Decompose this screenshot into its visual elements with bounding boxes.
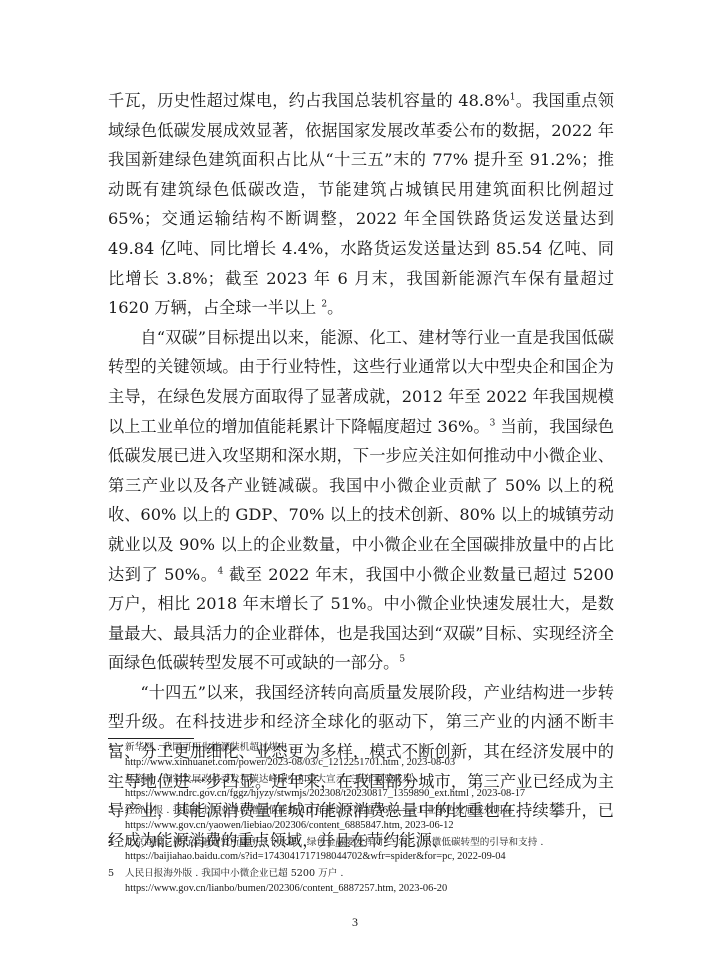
paragraph-text: 。我国重点领域绿色低碳发展成效显著，依据国家发展改革委公布的数据，2022 年我… [108,91,614,317]
footnote-number: 4 [108,836,125,865]
footnote-url[interactable]: http://www.xinhuanet.com/power/2023-08/0… [125,756,618,771]
page-number: 3 [0,915,710,930]
footnote-body: 经济日报 . 我国规上工业单位增加值能耗 10 年累计下降超 36%——工业绿色… [125,804,618,833]
footnote-body: 人民日报海外版 . 我国中小微企业已超 5200 万户 .https://www… [125,867,618,896]
footnote-body: 新华网 . 我国可再生能源装机超过煤电 .http://www.xinhuane… [125,741,618,770]
footnote-body: 北京商报 . 央行金融研究所副所长卜永祥：绿色金融要发挥对“三农”、小微低碳转型… [125,836,618,865]
paragraph: 自“双碳”目标提出以来，能源、化工、建材等行业一直是我国低碳转型的关键领域。由于… [108,323,614,678]
footnote-item: 4北京商报 . 央行金融研究所副所长卜永祥：绿色金融要发挥对“三农”、小微低碳转… [108,836,618,865]
document-page: 千瓦，历史性超过煤电，约占我国总装机容量的 48.8%1。我国重点领域绿色低碳发… [0,0,710,963]
footnote-item: 1新华网 . 我国可再生能源装机超过煤电 .http://www.xinhuan… [108,741,618,770]
footnote-url[interactable]: https://www.ndrc.gov.cn/fggz/hjyzy/stwmj… [125,787,618,802]
footnote-url[interactable]: https://www.gov.cn/yaowen/liebiao/202306… [125,819,618,834]
footnote-title: 人民日报海外版 . 我国中小微企业已超 5200 万户 . [125,867,618,882]
footnotes: 1新华网 . 我国可再生能源装机超过煤电 .http://www.xinhuan… [108,741,618,899]
footnote-number: 2 [108,773,125,802]
footnote-number: 1 [108,741,125,770]
paragraph-text: 当前，我国绿色低碳发展已进入攻坚期和深水期，下一步应关注如何推动中小微企业、第三… [108,417,614,584]
footnote-number: 5 [108,867,125,896]
footnote-title: 新华网 . 我国可再生能源装机超过煤电 . [125,741,618,756]
footnote-title: 环资司 . 国家发展改革委发布碳达峰碳中和重大宣示三周年重要成果 . [125,773,618,788]
footnote-url[interactable]: https://www.gov.cn/lianbo/bumen/202306/c… [125,882,618,897]
footnote-title: 经济日报 . 我国规上工业单位增加值能耗 10 年累计下降超 36%——工业绿色… [125,804,618,819]
footnote-separator [108,738,194,739]
footnote-body: 环资司 . 国家发展改革委发布碳达峰碳中和重大宣示三周年重要成果 .https:… [125,773,618,802]
paragraph-text: 。 [327,298,343,317]
footnote-item: 3经济日报 . 我国规上工业单位增加值能耗 10 年累计下降超 36%——工业绿… [108,804,618,833]
footnote-number: 3 [108,804,125,833]
paragraph-text: 千瓦，历史性超过煤电，约占我国总装机容量的 48.8% [108,91,510,110]
footnote-item: 2环资司 . 国家发展改革委发布碳达峰碳中和重大宣示三周年重要成果 .https… [108,773,618,802]
paragraph: 千瓦，历史性超过煤电，约占我国总装机容量的 48.8%1。我国重点领域绿色低碳发… [108,86,614,323]
footnote-item: 5人民日报海外版 . 我国中小微企业已超 5200 万户 .https://ww… [108,867,618,896]
footnote-title: 北京商报 . 央行金融研究所副所长卜永祥：绿色金融要发挥对“三农”、小微低碳转型… [125,836,618,851]
footnote-reference[interactable]: 5 [399,655,405,665]
footnote-url[interactable]: https://baijiahao.baidu.com/s?id=1743041… [125,850,618,865]
